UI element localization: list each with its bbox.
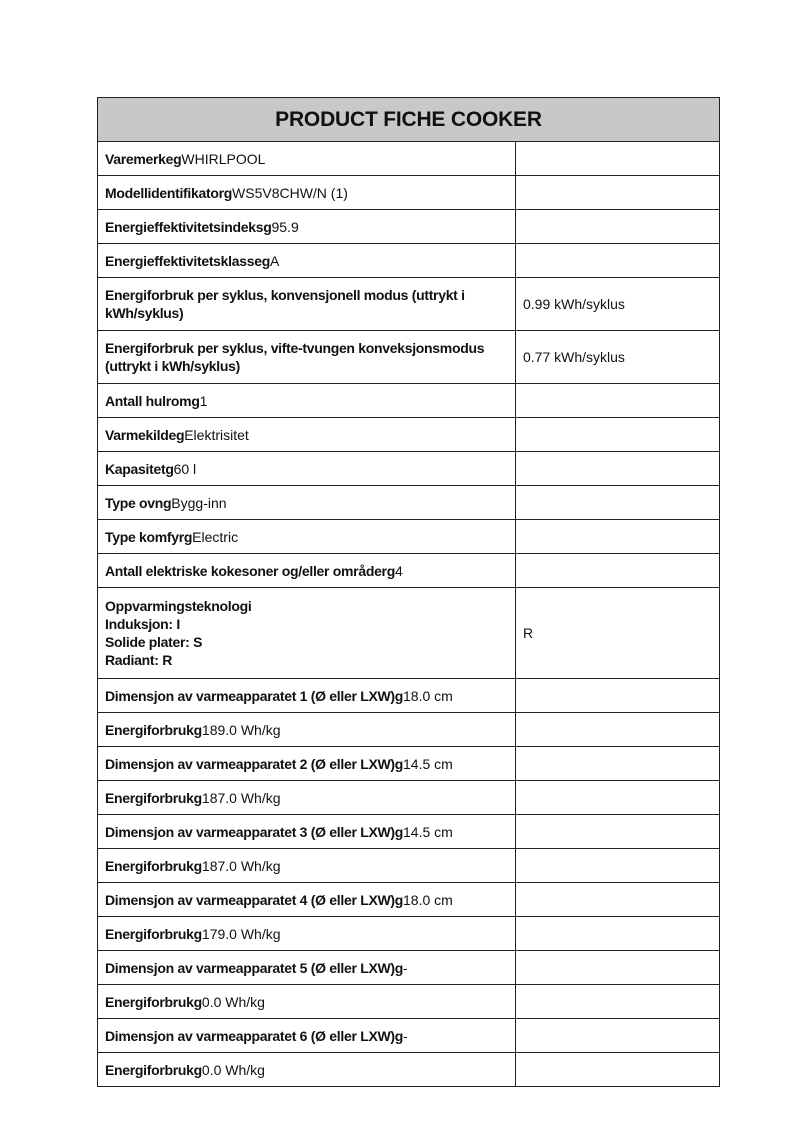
row-label: Dimensjon av varmeapparatet 5 (Ø eller L… — [105, 960, 403, 976]
row-label-cell: Dimensjon av varmeapparatet 1 (Ø eller L… — [98, 679, 516, 713]
row-zone-5-dimension: Dimensjon av varmeapparatet 5 (Ø eller L… — [98, 951, 720, 985]
row-inline-value: 187.0 Wh/kg — [202, 790, 281, 806]
heating-technology-radiant: Radiant: R — [105, 651, 508, 669]
row-zone-1-dimension: Dimensjon av varmeapparatet 1 (Ø eller L… — [98, 679, 720, 713]
row-label-cell: Antall elektriske kokesoner og/eller omr… — [98, 554, 516, 588]
row-label-cell: Energiforbrukg0.0 Wh/kg — [98, 1053, 516, 1087]
row-label-cell: Antall hulromg1 — [98, 384, 516, 418]
row-zone-2-dimension: Dimensjon av varmeapparatet 2 (Ø eller L… — [98, 747, 720, 781]
row-value — [516, 951, 720, 985]
row-zone-3-energy: Energiforbrukg187.0 Wh/kg — [98, 849, 720, 883]
row-inline-value: - — [403, 1028, 408, 1044]
row-energy-fan-forced: Energiforbruk per syklus, vifte-tvungen … — [98, 331, 720, 384]
row-value: 0.77 kWh/syklus — [516, 331, 720, 384]
row-label: Energieffektivitetsklasseg — [105, 253, 270, 269]
row-brand: VaremerkegWHIRLPOOL — [98, 142, 720, 176]
row-inline-value: Electric — [192, 529, 238, 545]
heating-technology-heading: Oppvarmingsteknologi — [105, 597, 508, 615]
row-value — [516, 849, 720, 883]
row-value — [516, 815, 720, 849]
row-inline-value: - — [403, 960, 408, 976]
row-inline-value: 189.0 Wh/kg — [202, 722, 281, 738]
row-inline-value: Elektrisitet — [184, 427, 249, 443]
row-label: Energiforbrukg — [105, 994, 202, 1010]
row-inline-value: 179.0 Wh/kg — [202, 926, 281, 942]
row-inline-value: 4 — [395, 563, 403, 579]
row-heating-technology: Oppvarmingsteknologi Induksjon: I Solide… — [98, 588, 720, 679]
row-model-id: ModellidentifikatorgWS5V8CHW/N (1) — [98, 176, 720, 210]
row-value — [516, 554, 720, 588]
row-value — [516, 679, 720, 713]
heating-technology-solid-plates: Solide plater: S — [105, 633, 508, 651]
row-label-cell: Energiforbruk per syklus, vifte-tvungen … — [98, 331, 516, 384]
row-value — [516, 883, 720, 917]
row-value — [516, 244, 720, 278]
row-inline-value: A — [270, 253, 279, 269]
row-inline-value: 14.5 cm — [403, 756, 453, 772]
row-inline-value: 1 — [200, 393, 208, 409]
row-zone-6-dimension: Dimensjon av varmeapparatet 6 (Ø eller L… — [98, 1019, 720, 1053]
row-label: Dimensjon av varmeapparatet 2 (Ø eller L… — [105, 756, 403, 772]
row-inline-value: 95.9 — [271, 219, 298, 235]
row-label: Energiforbrukg — [105, 858, 202, 874]
row-cooker-type: Type komfyrgElectric — [98, 520, 720, 554]
row-inline-value: Bygg-inn — [171, 495, 226, 511]
row-oven-type: Type ovngBygg-inn — [98, 486, 720, 520]
row-value — [516, 781, 720, 815]
row-label: Varmekildeg — [105, 427, 184, 443]
fiche-body: VaremerkegWHIRLPOOL Modellidentifikatorg… — [98, 142, 720, 1087]
row-label-cell: Kapasitetg60 l — [98, 452, 516, 486]
row-label-cell: VarmekildegElektrisitet — [98, 418, 516, 452]
row-label-cell: Dimensjon av varmeapparatet 4 (Ø eller L… — [98, 883, 516, 917]
row-label: Antall elektriske kokesoner og/eller omr… — [105, 563, 395, 579]
heating-technology-legend: Oppvarmingsteknologi Induksjon: I Solide… — [98, 588, 516, 679]
row-value — [516, 520, 720, 554]
heating-technology-induction: Induksjon: I — [105, 615, 508, 633]
row-value — [516, 917, 720, 951]
row-label-cell: ModellidentifikatorgWS5V8CHW/N (1) — [98, 176, 516, 210]
row-value — [516, 713, 720, 747]
product-fiche-table: PRODUCT FICHE COOKER VaremerkegWHIRLPOOL… — [97, 97, 720, 1087]
row-inline-value: WS5V8CHW/N (1) — [232, 185, 348, 201]
row-zone-4-energy: Energiforbrukg179.0 Wh/kg — [98, 917, 720, 951]
row-capacity: Kapasitetg60 l — [98, 452, 720, 486]
row-label: Energiforbrukg — [105, 1062, 202, 1078]
row-label: Energieffektivitetsindeksg — [105, 219, 271, 235]
row-heat-source: VarmekildegElektrisitet — [98, 418, 720, 452]
row-label-cell: Dimensjon av varmeapparatet 3 (Ø eller L… — [98, 815, 516, 849]
row-value — [516, 1019, 720, 1053]
row-label-cell: Type ovngBygg-inn — [98, 486, 516, 520]
row-label-cell: Type komfyrgElectric — [98, 520, 516, 554]
row-label-cell: Energiforbrukg179.0 Wh/kg — [98, 917, 516, 951]
row-value — [516, 452, 720, 486]
row-zone-5-energy: Energiforbrukg0.0 Wh/kg — [98, 985, 720, 1019]
row-zone-6-energy: Energiforbrukg0.0 Wh/kg — [98, 1053, 720, 1087]
row-zone-2-energy: Energiforbrukg187.0 Wh/kg — [98, 781, 720, 815]
row-label-cell: Dimensjon av varmeapparatet 5 (Ø eller L… — [98, 951, 516, 985]
row-value — [516, 210, 720, 244]
row-label-cell: EnergieffektivitetsklassegA — [98, 244, 516, 278]
row-inline-value: 60 l — [174, 461, 197, 477]
row-cavities: Antall hulromg1 — [98, 384, 720, 418]
row-value — [516, 384, 720, 418]
row-label: Energiforbruk per syklus, vifte-tvungen … — [105, 340, 484, 374]
row-label: Antall hulromg — [105, 393, 200, 409]
row-energy-conventional: Energiforbruk per syklus, konvensjonell … — [98, 278, 720, 331]
row-label: Dimensjon av varmeapparatet 6 (Ø eller L… — [105, 1028, 403, 1044]
row-label-cell: VaremerkegWHIRLPOOL — [98, 142, 516, 176]
row-value — [516, 176, 720, 210]
row-value — [516, 418, 720, 452]
row-label-cell: Energiforbrukg0.0 Wh/kg — [98, 985, 516, 1019]
row-label: Varemerkeg — [105, 151, 181, 167]
row-inline-value: 187.0 Wh/kg — [202, 858, 281, 874]
row-label: Modellidentifikatorg — [105, 185, 232, 201]
row-label: Kapasitetg — [105, 461, 174, 477]
row-label: Energiforbrukg — [105, 722, 202, 738]
row-label: Type ovng — [105, 495, 171, 511]
row-label-cell: Energiforbrukg187.0 Wh/kg — [98, 849, 516, 883]
row-efficiency-index: Energieffektivitetsindeksg95.9 — [98, 210, 720, 244]
row-label: Energiforbrukg — [105, 926, 202, 942]
row-zone-4-dimension: Dimensjon av varmeapparatet 4 (Ø eller L… — [98, 883, 720, 917]
row-label: Energiforbrukg — [105, 790, 202, 806]
row-label-cell: Energiforbrukg187.0 Wh/kg — [98, 781, 516, 815]
row-value: 0.99 kWh/syklus — [516, 278, 720, 331]
row-label-cell: Energiforbruk per syklus, konvensjonell … — [98, 278, 516, 331]
row-label: Dimensjon av varmeapparatet 1 (Ø eller L… — [105, 688, 403, 704]
row-zone-1-energy: Energiforbrukg189.0 Wh/kg — [98, 713, 720, 747]
heating-technology-value: R — [516, 588, 720, 679]
row-inline-value: 18.0 cm — [403, 688, 453, 704]
fiche-title: PRODUCT FICHE COOKER — [98, 98, 720, 142]
row-label-cell: Energiforbrukg189.0 Wh/kg — [98, 713, 516, 747]
row-inline-value: 18.0 cm — [403, 892, 453, 908]
row-inline-value: 0.0 Wh/kg — [202, 1062, 265, 1078]
row-value — [516, 985, 720, 1019]
row-inline-value: 0.0 Wh/kg — [202, 994, 265, 1010]
row-cooking-zones-count: Antall elektriske kokesoner og/eller omr… — [98, 554, 720, 588]
row-value — [516, 1053, 720, 1087]
row-inline-value: 14.5 cm — [403, 824, 453, 840]
row-label-cell: Energieffektivitetsindeksg95.9 — [98, 210, 516, 244]
row-label: Dimensjon av varmeapparatet 3 (Ø eller L… — [105, 824, 403, 840]
row-label-cell: Dimensjon av varmeapparatet 6 (Ø eller L… — [98, 1019, 516, 1053]
row-label-cell: Dimensjon av varmeapparatet 2 (Ø eller L… — [98, 747, 516, 781]
row-zone-3-dimension: Dimensjon av varmeapparatet 3 (Ø eller L… — [98, 815, 720, 849]
row-label: Energiforbruk per syklus, konvensjonell … — [105, 287, 465, 321]
row-label: Dimensjon av varmeapparatet 4 (Ø eller L… — [105, 892, 403, 908]
row-value — [516, 486, 720, 520]
row-label: Type komfyrg — [105, 529, 192, 545]
row-value — [516, 747, 720, 781]
row-efficiency-class: EnergieffektivitetsklassegA — [98, 244, 720, 278]
row-inline-value: WHIRLPOOL — [181, 151, 265, 167]
row-value — [516, 142, 720, 176]
